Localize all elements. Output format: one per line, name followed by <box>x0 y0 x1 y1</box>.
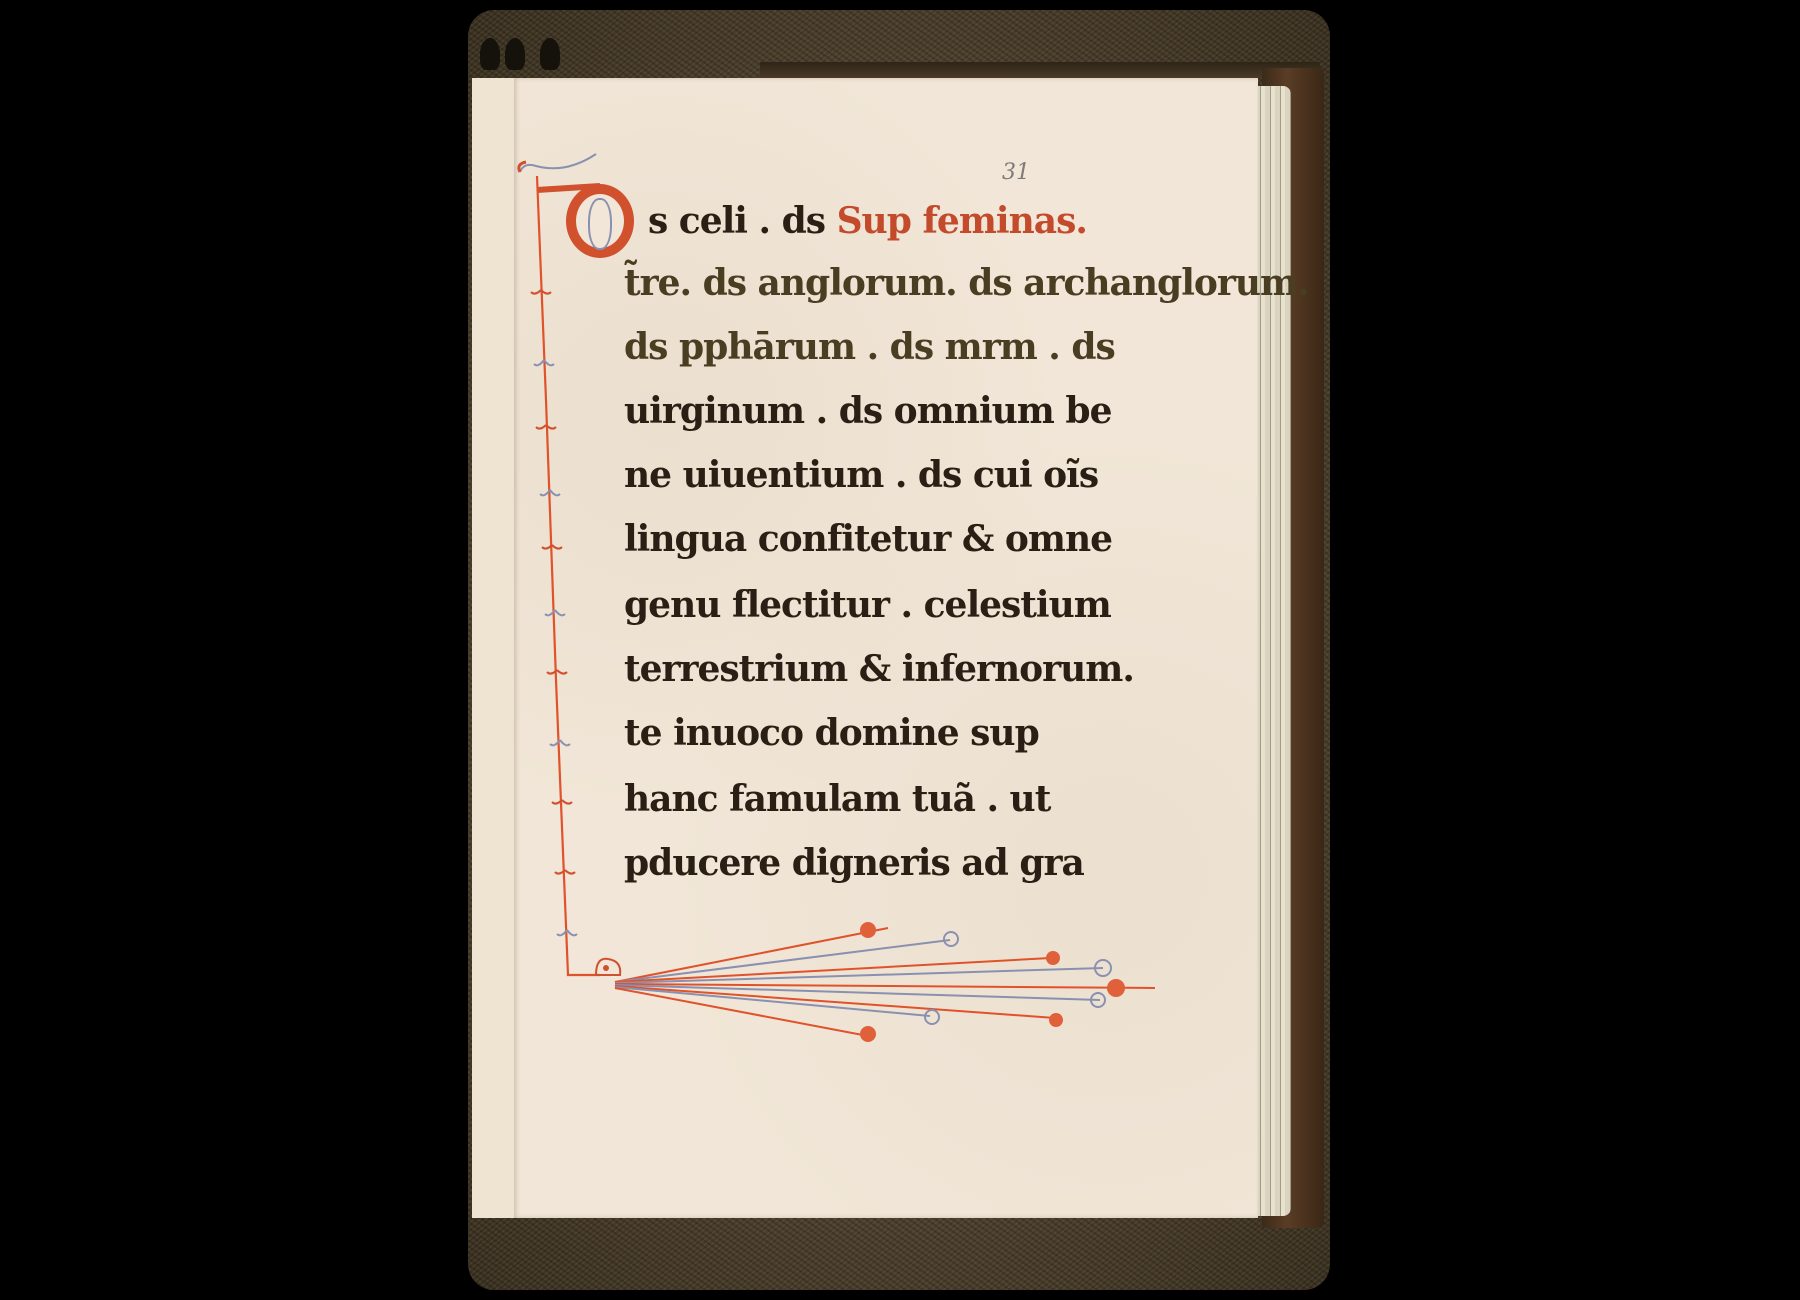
text-line-5: ne uiuentium . ds cui oĩs <box>624 454 1098 496</box>
line-text: te inuoco domine sup <box>624 712 1039 754</box>
line-text: uirginum . ds omnium be <box>624 390 1112 432</box>
line-text: hanc famulam tuã . ut <box>624 778 1050 820</box>
text-line-7: genu flectitur . celestium <box>624 584 1111 626</box>
text-line-8: terrestrium & infernorum. <box>624 648 1134 690</box>
line-text: ne uiuentium . ds cui oĩs <box>624 454 1098 496</box>
line-text: terrestrium & infernorum. <box>624 648 1134 690</box>
text-line-11: pducere digneris ad gra <box>624 842 1084 884</box>
text-line-2: t̃re. ds anglorum. ds archanglorum. <box>624 262 1309 304</box>
rubric-text: Sup feminas. <box>837 200 1087 242</box>
line-text: t̃re. ds anglorum. ds archanglorum. <box>624 262 1309 304</box>
illuminated-initial <box>566 184 634 258</box>
line-text: ds pphārum . ds mrm . ds <box>624 326 1115 368</box>
text-line-9: te inuoco domine sup <box>624 712 1039 754</box>
line-text: lingua confitetur & omne <box>624 518 1112 560</box>
text-line-6: lingua confitetur & omne <box>624 518 1112 560</box>
line-text: genu flectitur . celestium <box>624 584 1111 626</box>
line-text: s celi . ds <box>648 200 837 242</box>
line-text: pducere digneris ad gra <box>624 842 1084 884</box>
text-line-10: hanc famulam tuã . ut <box>624 778 1050 820</box>
text-line-3: ds pphārum . ds mrm . ds <box>624 326 1115 368</box>
text-line-1: s celi . ds Sup feminas. <box>648 200 1087 242</box>
text-line-4: uirginum . ds omnium be <box>624 390 1112 432</box>
initial-infill <box>588 198 612 250</box>
